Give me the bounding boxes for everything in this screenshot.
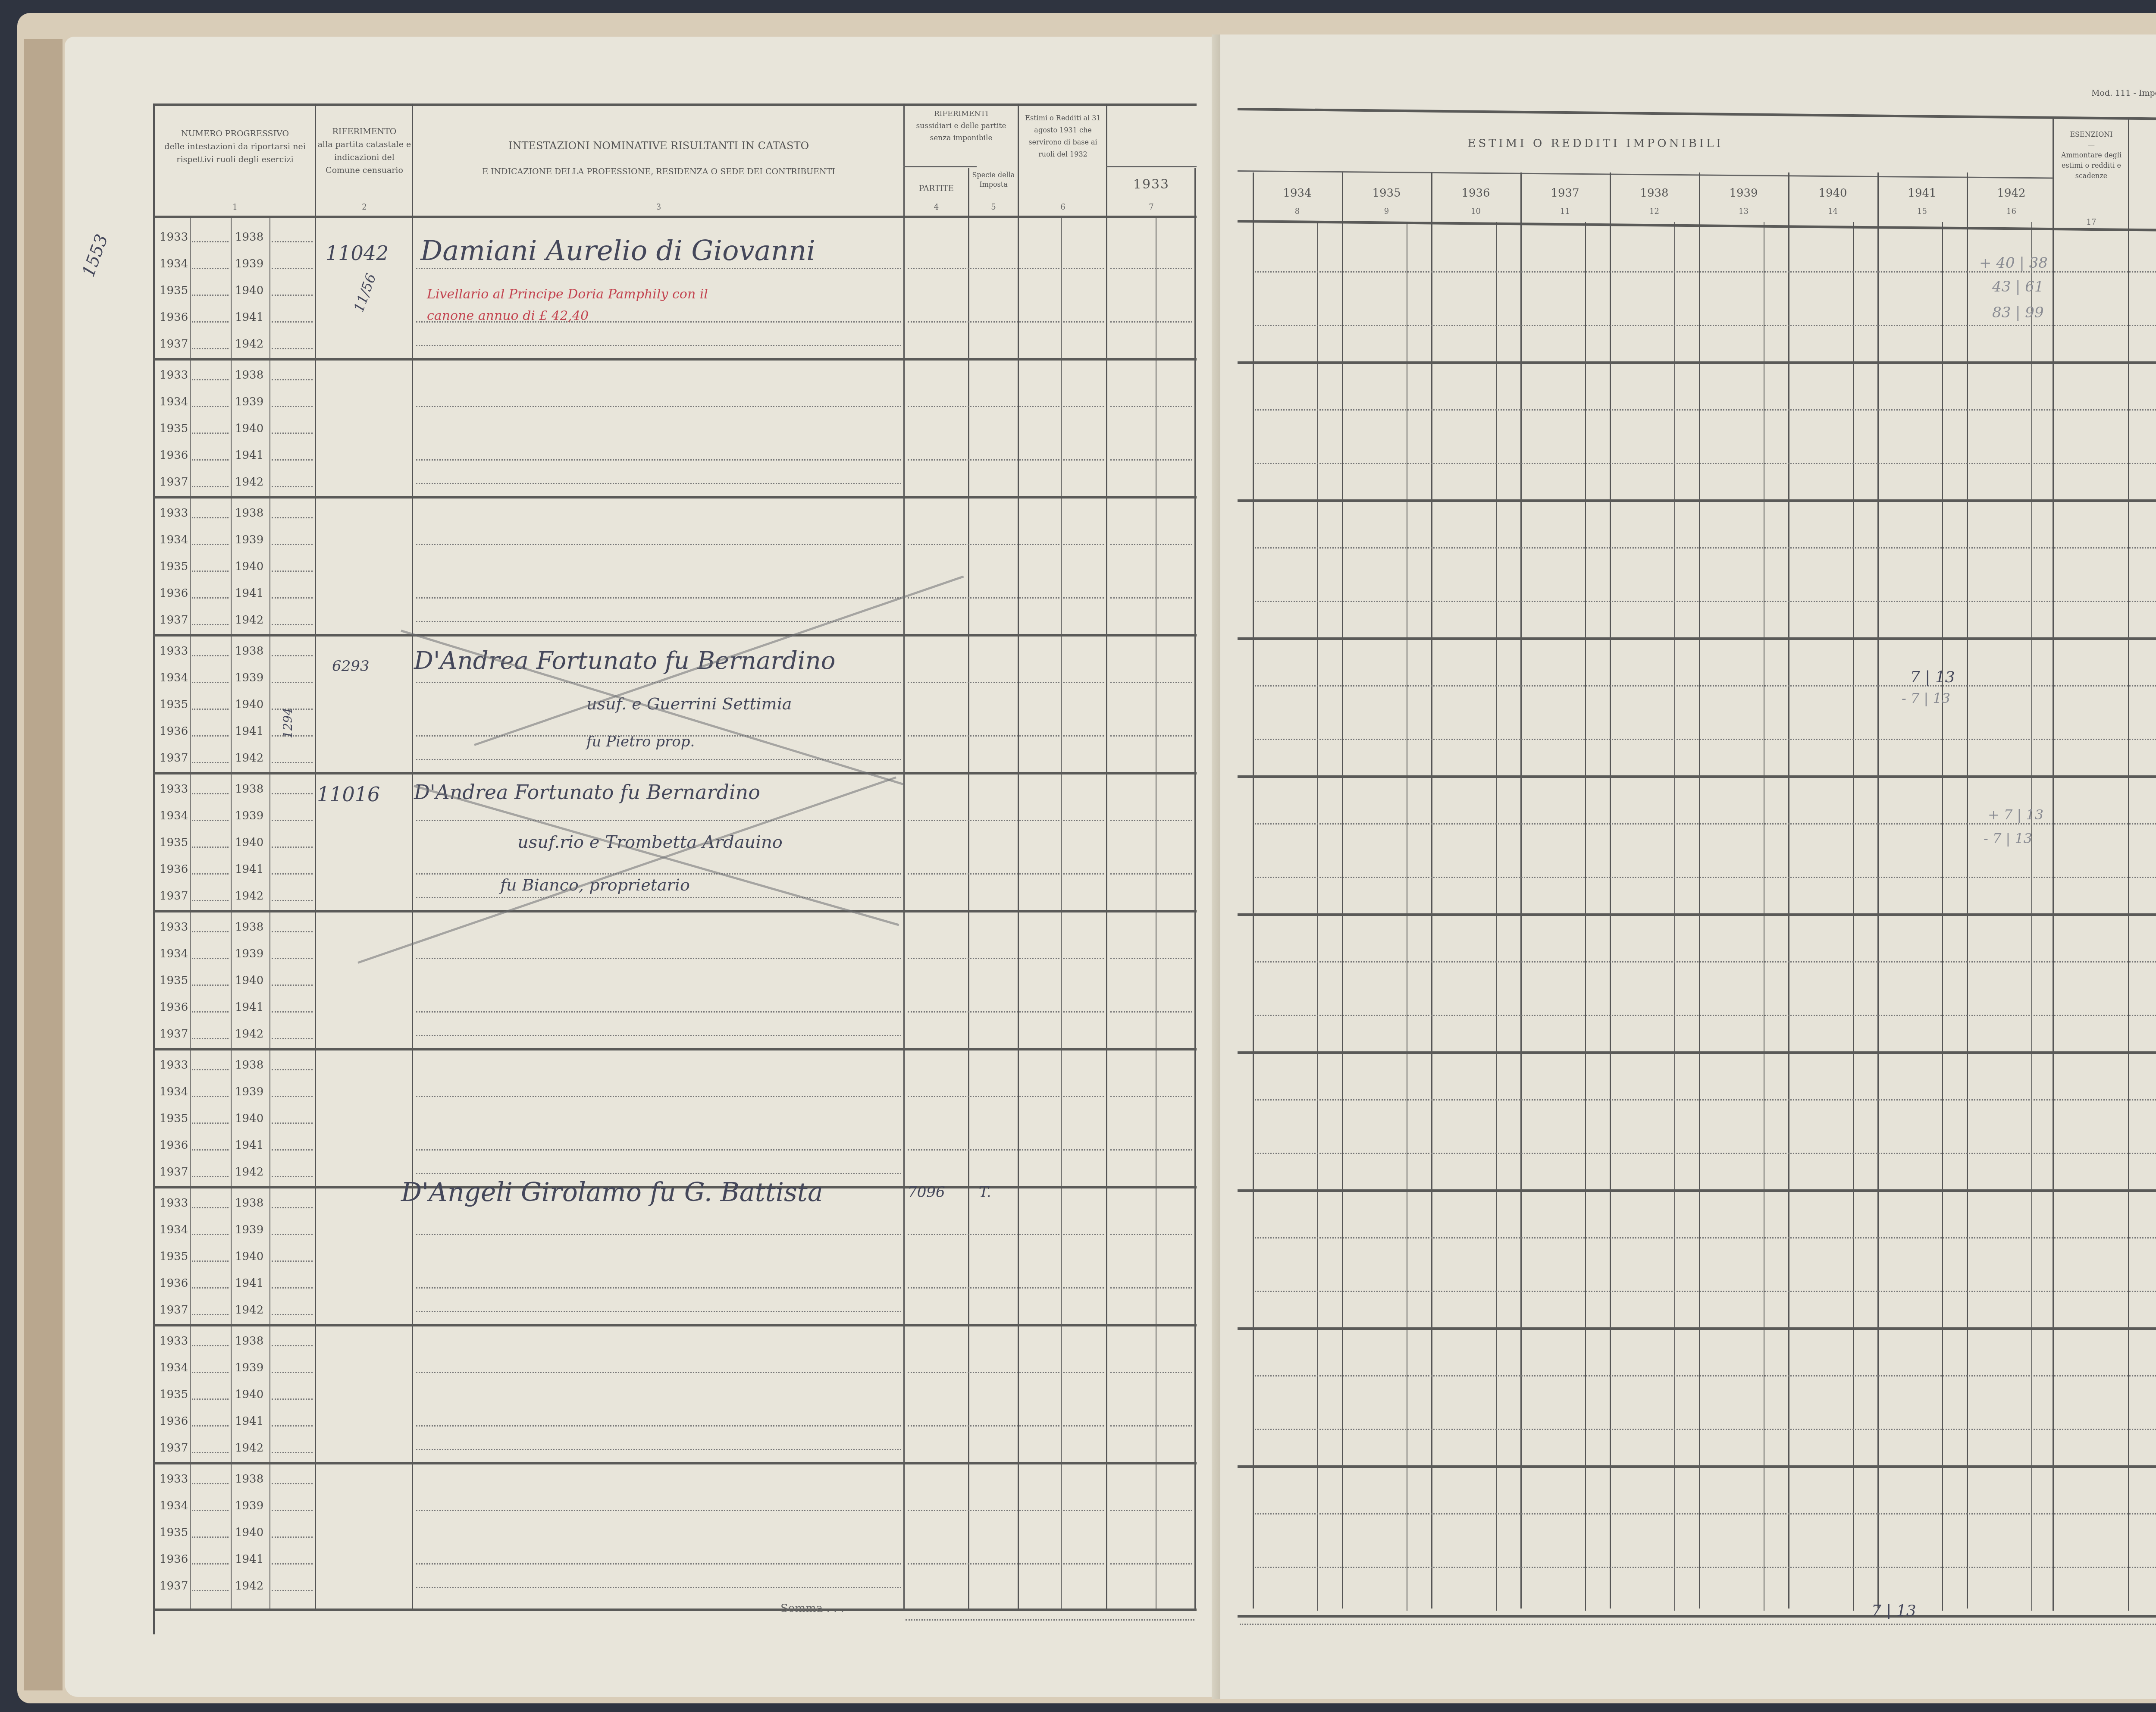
header-title: RIFERIMENTI	[905, 108, 1018, 120]
col-subdivider	[2031, 222, 2032, 1611]
group-divider	[1238, 1465, 2156, 1468]
row-year-label: 1941	[235, 1415, 263, 1428]
row-year-label: 1940	[235, 284, 263, 297]
row-year-label: 1933	[160, 645, 188, 658]
entry-line	[416, 268, 901, 269]
year-entry-field	[192, 1314, 229, 1315]
col-subdivider	[1942, 222, 1943, 1611]
entry-line	[416, 1587, 901, 1588]
entry-line	[908, 820, 1104, 821]
row-year-label: 1938	[235, 1335, 263, 1348]
row-year-label: 1936	[160, 311, 188, 324]
year-entry-field	[192, 517, 229, 518]
row-year-label: 1934	[160, 809, 188, 822]
entry-line	[908, 1287, 1104, 1289]
group-divider	[1238, 499, 2156, 502]
header-estimi-imponibili: ESTIMI O REDDITI IMPONIBILI	[1294, 136, 1897, 151]
entry-line	[1255, 1099, 2156, 1101]
col-subdivider	[231, 218, 232, 1609]
year-entry-field	[192, 1425, 229, 1427]
year-entry-field	[192, 1345, 229, 1346]
left-table-bottom-border	[153, 1609, 1197, 1611]
header-year-1940: 1940	[1788, 185, 1877, 201]
entry-line	[1255, 1153, 2156, 1154]
entry-line	[1255, 601, 2156, 602]
taxpayer-name: D'Angeli Girolamo fu G. Battista	[401, 1177, 823, 1207]
year-entry-field	[272, 571, 313, 572]
entry-line	[908, 544, 1104, 545]
amount-1941: - 7 | 13	[1902, 690, 1950, 706]
row-year-label: 1942	[235, 890, 263, 903]
column-number: 4	[905, 203, 968, 212]
year-entry-field	[192, 873, 229, 875]
row-year-label: 1938	[235, 645, 263, 658]
row-year-label: 1941	[235, 725, 263, 738]
year-entry-field	[192, 1207, 229, 1208]
year-entry-field	[192, 820, 229, 821]
year-entry-field	[192, 1398, 229, 1400]
group-divider	[1238, 361, 2156, 364]
header-divider	[903, 166, 977, 167]
row-year-label: 1939	[235, 1223, 263, 1236]
row-year-label: 1937	[160, 890, 188, 903]
row-year-label: 1934	[160, 257, 188, 270]
group-divider	[1238, 913, 2156, 916]
row-year-label: 1938	[235, 507, 263, 520]
red-annotation: Livellario al Principe Doria Pamphily co…	[427, 287, 708, 302]
row-year-label: 1939	[235, 1085, 263, 1098]
row-year-label: 1940	[235, 1112, 263, 1125]
group-divider	[153, 634, 1197, 637]
year-entry-field	[192, 847, 229, 848]
year-entry-field	[272, 1483, 313, 1484]
header-text: Ammontare degli estimi o redditi e scade…	[2055, 150, 2128, 181]
entry-line	[416, 1425, 901, 1427]
group-divider	[153, 910, 1197, 912]
partita-number: 6293	[332, 658, 370, 675]
year-entry-field	[272, 1398, 313, 1400]
year-entry-field	[272, 1287, 313, 1289]
year-entry-field	[272, 1069, 313, 1070]
col-subdivider	[1674, 222, 1675, 1611]
row-year-label: 1935	[160, 974, 188, 987]
row-year-label: 1942	[235, 1166, 263, 1179]
col-divider	[1106, 103, 1107, 1609]
sum-total-1941: 7 | 13	[1871, 1602, 1916, 1620]
entry-line	[908, 1425, 1104, 1427]
row-year-label: 1940	[235, 974, 263, 987]
entry-line	[1110, 958, 1192, 959]
header-numero-progressivo: NUMERO PROGRESSIVO delle intestazioni da…	[155, 127, 315, 166]
header-year-1936: 1936	[1431, 185, 1520, 201]
entry-line	[1255, 685, 2156, 687]
entry-line	[1110, 1563, 1192, 1565]
group-divider	[1238, 1327, 2156, 1330]
year-entry-field	[192, 1038, 229, 1039]
entry-line	[908, 1563, 1104, 1565]
year-entry-field	[272, 624, 313, 625]
row-year-label: 1939	[235, 1361, 263, 1374]
year-entry-field	[272, 820, 313, 821]
entry-line	[416, 1234, 901, 1235]
entry-line	[1110, 820, 1192, 821]
row-year-label: 1942	[235, 1028, 263, 1041]
row-year-label: 1936	[160, 1553, 188, 1566]
col-subdivider	[1496, 222, 1497, 1611]
row-year-label: 1939	[235, 809, 263, 822]
row-year-label: 1942	[235, 614, 263, 627]
row-year-label: 1936	[160, 1001, 188, 1014]
row-year-label: 1933	[160, 369, 188, 382]
row-year-label: 1936	[160, 449, 188, 462]
year-entry-field	[272, 1345, 313, 1346]
red-annotation: canone annuo di £ 42,40	[427, 308, 589, 323]
row-year-label: 1939	[235, 395, 263, 408]
group-divider	[153, 1462, 1197, 1464]
header-year-1933: 1933	[1108, 177, 1194, 192]
year-entry-field	[272, 1372, 313, 1373]
row-year-label: 1942	[235, 752, 263, 765]
header-year-1938: 1938	[1610, 185, 1699, 201]
year-entry-field	[192, 459, 229, 461]
row-year-label: 1936	[160, 587, 188, 600]
entry-line	[1110, 873, 1192, 875]
year-entry-field	[192, 958, 229, 959]
row-year-label: 1939	[235, 947, 263, 960]
header-year-1934: 1934	[1253, 185, 1342, 201]
col-divider	[903, 103, 905, 1609]
row-year-label: 1936	[160, 1415, 188, 1428]
header-specie-imposta: Specie della Imposta	[969, 170, 1018, 189]
col-subdivider	[1061, 218, 1062, 1609]
column-number: 17	[2055, 218, 2128, 227]
entry-line	[1110, 406, 1192, 407]
header-partite: PARTITE	[905, 181, 968, 197]
col-divider	[1018, 103, 1019, 1609]
group-divider	[153, 496, 1197, 499]
header-intestazioni: INTESTAZIONI NOMINATIVE RISULTANTI IN CA…	[414, 138, 903, 154]
entry-line	[908, 406, 1104, 407]
entry-line	[416, 544, 901, 545]
row-year-label: 1940	[235, 698, 263, 711]
left-table-border	[153, 103, 155, 1634]
col-divider	[1431, 172, 1432, 1609]
entry-line	[1255, 1291, 2156, 1292]
year-entry-field	[272, 1149, 313, 1151]
entry-line	[908, 873, 1104, 875]
group-divider	[153, 772, 1197, 774]
partite-value: 7096	[908, 1184, 945, 1201]
row-year-label: 1936	[160, 725, 188, 738]
year-entry-field	[272, 1260, 313, 1262]
row-year-label: 1938	[235, 231, 263, 244]
group-divider	[1238, 1189, 2156, 1192]
row-year-label: 1938	[235, 1473, 263, 1486]
year-entry-field	[192, 321, 229, 323]
entry-line	[1110, 1425, 1192, 1427]
row-year-label: 1937	[160, 1580, 188, 1593]
year-entry-field	[272, 958, 313, 959]
year-entry-field	[272, 1011, 313, 1013]
row-year-label: 1939	[235, 257, 263, 270]
taxpayer-name: fu Pietro prop.	[586, 733, 695, 750]
entry-line	[416, 820, 901, 821]
year-entry-field	[272, 1207, 313, 1208]
sum-line	[906, 1619, 1194, 1621]
column-number: 14	[1788, 207, 1877, 216]
header-year-1939: 1939	[1699, 185, 1788, 201]
header-year-1937: 1937	[1520, 185, 1610, 201]
row-year-label: 1935	[160, 560, 188, 573]
right-table-bottom-border	[1238, 1615, 2156, 1618]
row-year-label: 1940	[235, 836, 263, 849]
row-year-label: 1941	[235, 587, 263, 600]
year-entry-field	[192, 1176, 229, 1177]
header-riferimento: RIFERIMENTO alla partita catastale e ind…	[317, 125, 412, 177]
year-entry-field	[272, 1038, 313, 1039]
year-entry-field	[192, 406, 229, 407]
row-year-label: 1936	[160, 1139, 188, 1152]
year-entry-field	[272, 433, 313, 434]
col-divider	[1877, 172, 1879, 1609]
year-entry-field	[192, 1234, 229, 1235]
column-number: 8	[1253, 207, 1342, 216]
entry-line	[1255, 877, 2156, 878]
column-number: 5	[969, 203, 1018, 212]
row-year-label: 1942	[235, 338, 263, 351]
left-header-bottom-border	[153, 216, 1197, 218]
year-entry-field	[192, 900, 229, 901]
entry-line	[1255, 1015, 2156, 1016]
row-year-label: 1933	[160, 783, 188, 796]
column-number: 1	[155, 203, 315, 212]
col-subdivider	[1407, 222, 1407, 1611]
entry-line	[1110, 1234, 1192, 1235]
year-entry-field	[192, 1590, 229, 1591]
group-divider	[153, 358, 1197, 361]
year-entry-field	[272, 1563, 313, 1565]
entry-line	[1110, 268, 1192, 269]
entry-line	[1110, 321, 1192, 323]
row-year-label: 1940	[235, 1388, 263, 1401]
row-year-label: 1934	[160, 533, 188, 546]
year-entry-field	[272, 1234, 313, 1235]
column-number: 10	[1431, 207, 1520, 216]
row-year-label: 1937	[160, 1304, 188, 1317]
year-entry-field	[192, 268, 229, 269]
header-title: RIFERIMENTO	[317, 125, 412, 138]
entry-line	[416, 1173, 901, 1174]
year-entry-field	[192, 735, 229, 737]
year-entry-field	[272, 406, 313, 407]
col-divider	[1253, 172, 1254, 1609]
year-entry-field	[272, 1590, 313, 1591]
header-estimi-1931: Estimi o Redditi al 31 agosto 1931 che s…	[1020, 112, 1106, 160]
col-divider	[2128, 119, 2129, 1611]
col-subdivider	[190, 218, 191, 1609]
entry-line	[416, 1096, 901, 1097]
year-entry-field	[272, 486, 313, 487]
entry-line	[1255, 547, 2156, 549]
entry-line	[908, 597, 1104, 599]
row-year-label: 1935	[160, 1388, 188, 1401]
year-entry-field	[192, 793, 229, 794]
year-entry-field	[192, 241, 229, 242]
entry-line	[1255, 823, 2156, 825]
column-number: 7	[1108, 203, 1194, 212]
group-divider	[1238, 637, 2156, 640]
col-divider	[1342, 172, 1343, 1609]
column-number: 16	[1967, 207, 2056, 216]
row-year-label: 1935	[160, 422, 188, 435]
year-entry-field	[192, 931, 229, 932]
entry-line	[416, 1449, 901, 1450]
row-year-label: 1934	[160, 1361, 188, 1374]
col-divider	[1520, 172, 1522, 1609]
year-entry-field	[192, 655, 229, 656]
header-annotazioni: ANNOTAZIONI	[2130, 166, 2156, 182]
row-year-label: 1935	[160, 284, 188, 297]
partita-number: 11042	[326, 241, 389, 265]
row-year-label: 1935	[160, 1250, 188, 1263]
entry-line	[1255, 325, 2156, 326]
header-title: NUMERO PROGRESSIVO	[155, 127, 315, 140]
header-divider	[1106, 166, 1197, 167]
amount-1942-total: 83 | 99	[1992, 304, 2044, 321]
header-text: alla partita catastale e indicazioni del…	[317, 138, 412, 177]
header-title: ESENZIONI	[2055, 129, 2128, 140]
year-entry-field	[192, 1483, 229, 1484]
row-year-label: 1935	[160, 1112, 188, 1125]
taxpayer-name: usuf.rio e Trombetta Ardauino	[517, 832, 783, 852]
entry-line	[416, 1035, 901, 1036]
row-year-label: 1939	[235, 1499, 263, 1512]
specie-value: T.	[979, 1184, 991, 1201]
year-entry-field	[272, 762, 313, 763]
col-subdivider	[1317, 222, 1318, 1611]
entry-line	[908, 1011, 1104, 1013]
year-entry-field	[192, 1452, 229, 1453]
row-year-label: 1934	[160, 395, 188, 408]
row-year-label: 1934	[160, 1223, 188, 1236]
group-divider	[153, 1048, 1197, 1050]
row-year-label: 1939	[235, 533, 263, 546]
header-intestazioni-subtitle: E INDICAZIONE DELLA PROFESSIONE, RESIDEN…	[414, 164, 903, 179]
col-subdivider	[1764, 222, 1764, 1611]
row-year-label: 1937	[160, 1166, 188, 1179]
entry-line	[416, 459, 901, 461]
year-entry-field	[272, 1510, 313, 1511]
row-year-label: 1933	[160, 231, 188, 244]
col-divider	[968, 168, 969, 1609]
entry-line	[416, 958, 901, 959]
year-entry-field	[192, 295, 229, 296]
entry-line	[1110, 544, 1192, 545]
column-number: 6	[1020, 203, 1106, 212]
row-year-label: 1937	[160, 752, 188, 765]
year-entry-field	[192, 1372, 229, 1373]
row-year-label: 1935	[160, 1526, 188, 1539]
row-year-label: 1940	[235, 1250, 263, 1263]
row-year-label: 1933	[160, 507, 188, 520]
row-year-label: 1937	[160, 476, 188, 489]
entry-line	[1110, 1096, 1192, 1097]
row-year-label: 1941	[235, 449, 263, 462]
taxpayer-name: Damiani Aurelio di Giovanni	[420, 235, 815, 267]
entry-line	[416, 483, 901, 484]
entry-line	[416, 1372, 901, 1373]
col-subdivider	[1156, 218, 1156, 1609]
entry-line	[1255, 463, 2156, 464]
side-number: 1294	[281, 708, 295, 738]
form-id: Mod. 111 - Imposte Dirette (Intercalare)…	[2091, 88, 2156, 98]
row-year-label: 1940	[235, 560, 263, 573]
row-year-label: 1938	[235, 1197, 263, 1210]
entry-line	[416, 873, 901, 875]
col-divider	[2053, 119, 2054, 1611]
row-year-label: 1936	[160, 1277, 188, 1290]
year-entry-field	[192, 1123, 229, 1124]
entry-line	[1255, 1513, 2156, 1514]
year-entry-field	[192, 1096, 229, 1097]
entry-line	[908, 1510, 1104, 1511]
year-entry-field	[272, 1176, 313, 1177]
taxpayer-name: D'Andrea Fortunato fu Bernardino	[414, 647, 835, 675]
row-year-label: 1937	[160, 1442, 188, 1455]
year-entry-field	[272, 1096, 313, 1097]
year-entry-field	[192, 571, 229, 572]
amount-1942: + 7 | 13	[1988, 806, 2043, 823]
col-subdivider	[1585, 222, 1586, 1611]
year-entry-field	[272, 348, 313, 349]
entry-line	[1110, 682, 1192, 683]
col-divider	[1194, 168, 1196, 1609]
amount-1941: 7 | 13	[1910, 668, 1955, 686]
entry-line	[416, 406, 901, 407]
left-table-top-border	[153, 103, 1197, 106]
row-year-label: 1940	[235, 422, 263, 435]
entry-line	[908, 268, 1104, 269]
header-text: sussidiari e delle partite senza imponib…	[905, 120, 1018, 144]
taxpayer-name: fu Bianco, proprietario	[500, 875, 690, 894]
column-number: 13	[1699, 207, 1788, 216]
entry-line	[1110, 1011, 1192, 1013]
row-year-label: 1934	[160, 1085, 188, 1098]
year-entry-field	[192, 709, 229, 710]
year-entry-field	[192, 433, 229, 434]
row-year-label: 1941	[235, 1553, 263, 1566]
year-entry-field	[192, 544, 229, 545]
year-entry-field	[192, 1563, 229, 1565]
year-entry-field	[272, 268, 313, 269]
column-number: 3	[414, 203, 903, 212]
entry-line	[1110, 1510, 1192, 1511]
row-year-label: 1934	[160, 671, 188, 684]
row-year-label: 1941	[235, 1277, 263, 1290]
row-year-label: 1937	[160, 338, 188, 351]
book-page-edges	[24, 39, 63, 1690]
year-entry-field	[272, 321, 313, 323]
row-year-label: 1936	[160, 863, 188, 876]
header-riferimenti-sussidiari: RIFERIMENTI sussidiari e delle partite s…	[905, 108, 1018, 144]
row-year-label: 1938	[235, 921, 263, 934]
entry-line	[908, 735, 1104, 737]
year-entry-field	[192, 486, 229, 487]
year-entry-field	[272, 597, 313, 599]
entry-line	[1255, 1567, 2156, 1568]
entry-line	[1110, 597, 1192, 599]
year-entry-field	[272, 847, 313, 848]
